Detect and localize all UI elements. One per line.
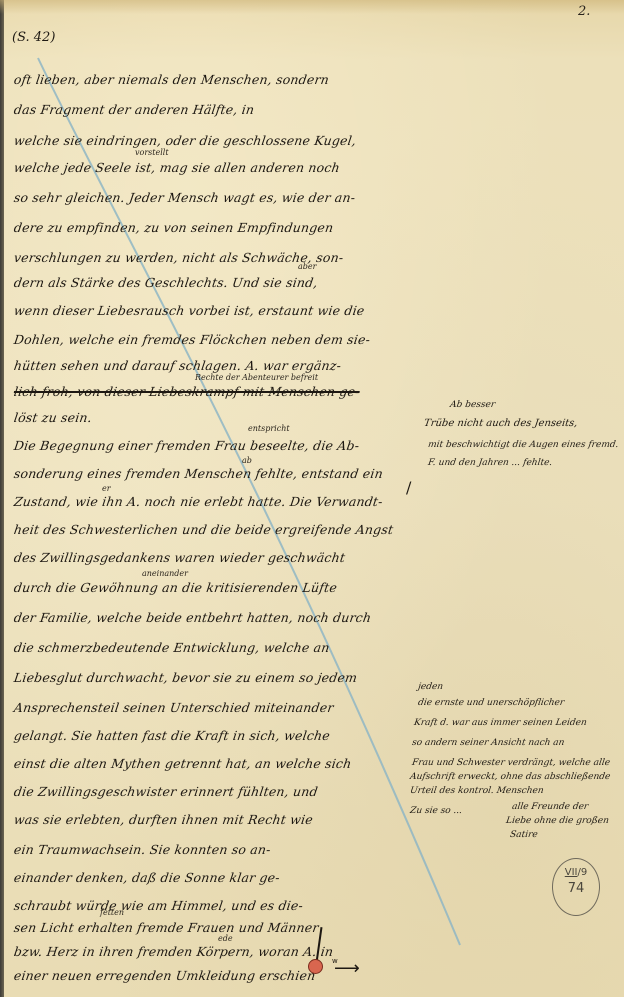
body-line: ein Traumwachsein. Sie konnten so an- — [13, 842, 272, 857]
interlinear-insert: fetten — [100, 908, 124, 917]
margin-note-line: Zu sie so ... — [409, 806, 462, 816]
body-line: wenn dieser Liebesrausch vorbei ist, ers… — [13, 303, 366, 318]
body-line: gelangt. Sie hatten fast die Kraft in si… — [13, 728, 331, 743]
body-line: die Zwillingsgeschwister erinnert fühlte… — [13, 784, 319, 799]
margin-note-line: die ernste und unerschöpflicher — [417, 698, 564, 708]
body-line: Ansprechensteil seinen Unterschied mitei… — [13, 700, 335, 715]
red-seal-icon — [308, 959, 323, 974]
body-line: Dohlen, welche ein fremdes Flöckchen neb… — [13, 332, 371, 347]
body-line: schraubt würde wie am Himmel, und es die… — [13, 898, 304, 913]
interlinear-insert: ede — [218, 934, 233, 943]
body-line: der Familie, welche beide entbehrt hatte… — [13, 610, 372, 625]
interlinear-insert: vorstellt — [135, 148, 169, 157]
page-number: 2. — [578, 4, 590, 19]
margin-note-line: Ab besser — [449, 400, 495, 410]
margin-note-line: Urteil des kontrol. Menschen — [409, 786, 544, 796]
body-line: welche sie eindringen, oder die geschlos… — [13, 133, 357, 148]
body-line: löst zu sein. — [13, 410, 93, 425]
body-line: hütten sehen und darauf schlagen. A. war… — [13, 358, 342, 373]
interlinear-insert: Rechte der Abenteurer befreit — [195, 373, 318, 382]
margin-note-line: Liebe ohne die großen — [505, 816, 609, 826]
paper-stain — [0, 0, 624, 14]
body-line: Die Begegnung einer fremden Frau beseelt… — [13, 438, 360, 453]
archive-stamp-folder: VII/9 — [553, 867, 599, 878]
margin-note-line: alle Freunde der — [511, 802, 589, 812]
body-line: das Fragment der anderen Hälfte, in — [13, 102, 255, 117]
manuscript-page: 2. (S. 42) oft lieben, aber niemals den … — [0, 0, 624, 997]
body-line: einander denken, daß die Sonne klar ge- — [13, 870, 281, 885]
margin-note-line: Aufschrift erweckt, ohne das abschließen… — [409, 772, 611, 782]
margin-note-line: Trübe nicht auch des Jenseits, — [423, 418, 578, 429]
body-line: einer neuen erregenden Umkleidung erschi… — [13, 968, 317, 983]
body-line: Zustand, wie ihn A. noch nie erlebt hatt… — [13, 494, 384, 509]
body-line: sen Licht erhalten fremde Frauen und Män… — [13, 920, 320, 935]
margin-note-line: jeden — [417, 682, 443, 692]
margin-note-line: Kraft d. war aus immer seinen Leiden — [413, 718, 587, 728]
margin-note-line: mit beschwichtigt die Augen eines fremd. — [427, 440, 619, 450]
margin-note-line: Satire — [509, 830, 538, 840]
body-line: heit des Schwesterlichen und die beide e… — [13, 522, 394, 537]
archive-stamp-roman: VII — [565, 867, 578, 878]
margin-note-line: so andern seiner Ansicht nach an — [411, 738, 565, 748]
body-line: was sie erlebten, durften ihnen mit Rech… — [13, 812, 314, 827]
margin-bracket: / — [406, 478, 411, 497]
body-line: sonderung eines fremden Menschen fehlte,… — [13, 466, 384, 481]
body-line: einst die alten Mythen getrennt hat, an … — [13, 756, 353, 771]
body-line: bzw. Herz in ihren fremden Körpern, wora… — [13, 944, 334, 959]
margin-note-line: Frau und Schwester verdrängt, welche all… — [411, 758, 610, 768]
body-line: durch die Gewöhnung an die kritisierende… — [13, 580, 338, 595]
body-line: so sehr gleichen. Jeder Mensch wagt es, … — [13, 190, 356, 205]
continuation-arrow-icon: ⟶ — [334, 958, 360, 979]
body-line: dere zu empfinden, zu von seinen Empfind… — [13, 220, 334, 235]
body-line-struck: lich froh, von dieser Liebeskrampf mit M… — [13, 384, 361, 399]
archive-stamp-folder-number: 9 — [581, 867, 587, 878]
interlinear-insert: aber — [298, 262, 316, 271]
body-line: Liebesglut durchwacht, bevor sie zu eine… — [13, 670, 358, 685]
interlinear-insert: er — [102, 484, 111, 493]
body-line: dern als Stärke des Geschlechts. Und sie… — [13, 275, 319, 290]
interlinear-insert: entspricht — [248, 424, 290, 433]
interlinear-insert: aneinander — [142, 569, 188, 578]
body-line: welche jede Seele ist, mag sie allen and… — [13, 160, 341, 175]
reference-mark: (S. 42) — [12, 30, 55, 45]
body-line: des Zwillingsgedankens waren wieder gesc… — [13, 550, 346, 565]
body-line: verschlungen zu werden, nicht als Schwäc… — [13, 250, 345, 265]
body-line: oft lieben, aber niemals den Menschen, s… — [13, 72, 330, 87]
archive-stamp-sheet: 74 — [553, 881, 599, 896]
margin-note-line: F. und den Jahren ... fehlte. — [427, 458, 553, 468]
scan-edge — [0, 0, 4, 997]
body-line: die schmerzbedeutende Entwicklung, welch… — [13, 640, 331, 655]
archive-stamp: VII/9 74 — [552, 858, 600, 916]
interlinear-insert: ab — [242, 456, 252, 465]
